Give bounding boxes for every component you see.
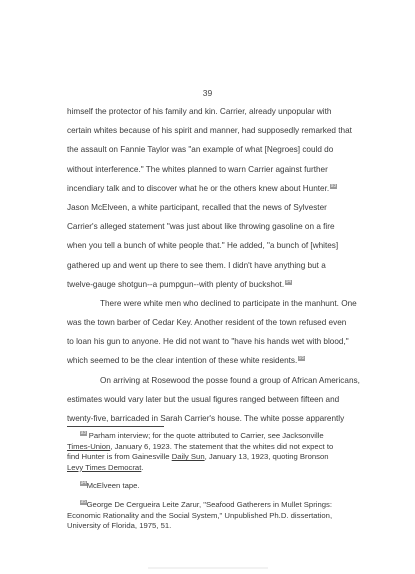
body-line-text: which seemed to be the clear intention o… — [67, 356, 297, 365]
scan-artifact — [148, 567, 268, 569]
body-line: Jason McElveen, a white participant, rec… — [67, 198, 367, 217]
body-line-text: Carrier's alleged statement "was just ab… — [67, 222, 335, 231]
footnote-line: University of Florida, 1975, 51. — [67, 521, 367, 532]
body-line: which seemed to be the clear intention o… — [67, 351, 367, 370]
footnote-text: McElveen tape. — [87, 481, 140, 490]
body-line: was the town barber of Cedar Key. Anothe… — [67, 313, 367, 332]
footnote-separator — [67, 426, 164, 427]
body-line: when you tell a bunch of white people th… — [67, 236, 367, 255]
footnote-line: 95George De Cergueira Leite Zarur, "Seaf… — [67, 500, 367, 511]
body-line: gathered up and went up there to see the… — [67, 256, 367, 275]
footnote-line: 93 Parham interview; for the quote attri… — [67, 431, 367, 442]
body-line-text: estimates would vary later but the usual… — [67, 395, 339, 404]
footnote-text: Economic Rationality and the Social Syst… — [67, 511, 332, 520]
footnote: 93 Parham interview; for the quote attri… — [67, 431, 367, 473]
footnote-line: 94McElveen tape. — [67, 481, 367, 492]
footnote-text: Parham interview; for the quote attribut… — [87, 431, 324, 440]
body-line-text: when you tell a bunch of white people th… — [67, 241, 338, 250]
footnote-line: Economic Rationality and the Social Syst… — [67, 511, 367, 522]
body-line: the assault on Fannie Taylor was "an exa… — [67, 140, 367, 159]
footnote-text: . — [141, 463, 143, 472]
body-line: On arriving at Rosewood the posse found … — [67, 371, 367, 390]
page-number: 39 — [0, 88, 415, 98]
body-line-text: certain whites because of his spirit and… — [67, 126, 352, 135]
body-line: Carrier's alleged statement "was just ab… — [67, 217, 367, 236]
body-line-text: Jason McElveen, a white participant, rec… — [67, 203, 327, 212]
body-line-text: On arriving at Rosewood the posse found … — [100, 376, 360, 385]
footnote: 94McElveen tape. — [67, 481, 367, 492]
footnote-reference[interactable]: 95 — [298, 356, 305, 361]
footnote-publication-title: Levy Times Democrat — [67, 463, 141, 472]
body-line-text: twelve-gauge shotgun--a pumpgun--with pl… — [67, 280, 284, 289]
body-line-text: was the town barber of Cedar Key. Anothe… — [67, 318, 346, 327]
body-line: incendiary talk and to discover what he … — [67, 179, 367, 198]
body-line: estimates would vary later but the usual… — [67, 390, 367, 409]
body-line-text: twenty-five, barricaded in Sarah Carrier… — [67, 414, 344, 423]
footnote: 95George De Cergueira Leite Zarur, "Seaf… — [67, 500, 367, 532]
footnote-text: George De Cergueira Leite Zarur, "Seafoo… — [87, 500, 332, 509]
body-line-text: without interference." The whites planne… — [67, 165, 328, 174]
footnote-reference[interactable]: 94 — [285, 280, 292, 285]
footnote-text: , January 6, 1923. The statement that th… — [110, 442, 333, 451]
body-line: himself the protector of his family and … — [67, 102, 367, 121]
body-line-text: to loan his gun to anyone. He did not wa… — [67, 337, 349, 346]
footnote-line: Levy Times Democrat. — [67, 463, 367, 474]
body-line: There were white men who declined to par… — [67, 294, 367, 313]
body-line-text: the assault on Fannie Taylor was "an exa… — [67, 145, 333, 154]
body-line-text: There were white men who declined to par… — [100, 299, 357, 308]
footnote-publication-title: Times-Union — [67, 442, 110, 451]
body-line-text: gathered up and went up there to see the… — [67, 261, 326, 270]
footnote-reference[interactable]: 93 — [330, 184, 337, 189]
footnote-publication-title: Daily Sun — [172, 452, 205, 461]
body-line: without interference." The whites planne… — [67, 160, 367, 179]
footnote-line: find Hunter is from Gainesville Daily Su… — [67, 452, 367, 463]
body-line-text: incendiary talk and to discover what he … — [67, 184, 329, 193]
footnotes: 93 Parham interview; for the quote attri… — [67, 431, 367, 540]
footnote-line: Times-Union, January 6, 1923. The statem… — [67, 442, 367, 453]
body-line: to loan his gun to anyone. He did not wa… — [67, 332, 367, 351]
footnote-text: find Hunter is from Gainesville — [67, 452, 172, 461]
footnote-text: , January 13, 1923, quoting Bronson — [205, 452, 329, 461]
body-line-text: himself the protector of his family and … — [67, 107, 331, 116]
body-line: twelve-gauge shotgun--a pumpgun--with pl… — [67, 275, 367, 294]
footnote-text: University of Florida, 1975, 51. — [67, 521, 171, 530]
body-line: certain whites because of his spirit and… — [67, 121, 367, 140]
body-text: himself the protector of his family and … — [67, 102, 367, 428]
